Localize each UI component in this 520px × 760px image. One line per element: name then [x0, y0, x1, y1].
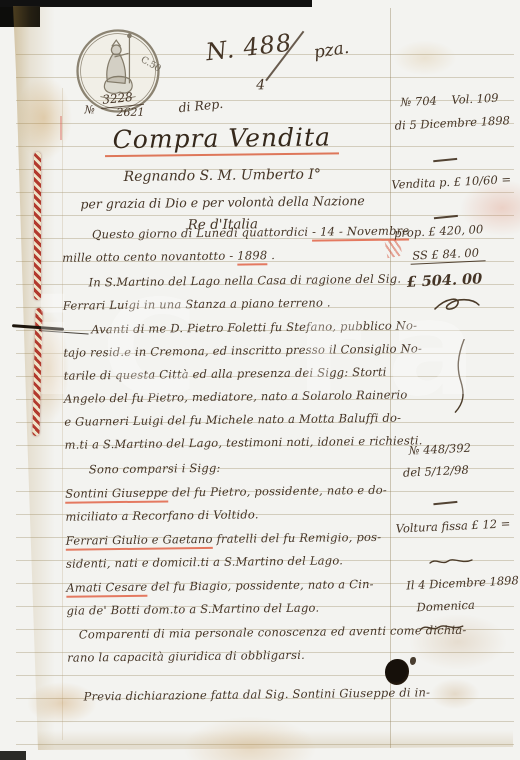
- manuscript-text: .: [267, 248, 275, 262]
- margin-note: № 704 Vol. 109: [400, 91, 499, 110]
- filza-suffix-paraph: pza.: [312, 38, 350, 63]
- margin-dash-mark: [433, 206, 458, 221]
- manuscript-text: fratelli del fu Remigio, pos-: [213, 530, 382, 546]
- manuscript-line: miciliato a Recorfano di Voltido.: [65, 507, 258, 523]
- manuscript-line: tarile di questa Città ed alla presenza …: [64, 365, 387, 383]
- margin-note: Il 4 Dicembre 1898: [406, 573, 519, 592]
- manuscript-line: rano la capacità giuridica di obbligarsi…: [67, 648, 305, 665]
- margin-note: prop. £ 420, 00: [394, 222, 484, 240]
- margin-note: £ 504. 00: [406, 270, 482, 291]
- manuscript-text: Questo giorno di Lunedì quattordici: [92, 225, 312, 242]
- margin-annotations: № 704 Vol. 109di 5 Dicembre 1898Vendita …: [0, 0, 515, 1]
- manuscript-line: Ferrari Giulio e Gaetano fratelli del fu…: [66, 530, 382, 548]
- margin-wavy-flourish: [428, 554, 475, 570]
- handwritten-text-layer: N. 488 4 pza. № 32282621 di Rep. Compra …: [0, 0, 520, 760]
- manuscript-line: e Guarneri Luigi del fu Michele nato a M…: [64, 411, 401, 429]
- manuscript-text: Ferrari Luigi in una Stanza a piano terr…: [63, 295, 331, 312]
- manuscript-text: tajo resid.e in Cremona, ed inscritto pr…: [63, 341, 422, 359]
- dash-stroke: [433, 158, 457, 162]
- manuscript-line: Sono comparsi i Sigg:: [65, 461, 221, 477]
- margin-note: SS £ 84. 00: [410, 245, 485, 265]
- manuscript-line: gia de' Botti dom.to a S.Martino del Lag…: [66, 601, 319, 618]
- margin-curve-flourish: [448, 337, 474, 417]
- filza-denominator: 4: [256, 77, 265, 93]
- manuscript-text: Avanti di me D. Pietro Foletti fu Stefan…: [91, 318, 417, 336]
- manuscript-line: Ferrari Luigi in una Stanza a piano terr…: [63, 295, 331, 312]
- manuscript-line: Angelo del fu Pietro, mediatore, nato a …: [64, 388, 408, 406]
- manuscript-text: sidenti, nati e domicil.ti a S.Martino d…: [66, 553, 343, 570]
- manuscript-line: mille otto cento novantotto - 1898 .: [62, 248, 275, 265]
- margin-note: di 5 Dicembre 1898: [394, 113, 510, 132]
- manuscript-line: Avanti di me D. Pietro Foletti fu Stefan…: [63, 318, 417, 336]
- repertorio-prefix: №: [84, 103, 95, 116]
- margin-dash-mark: [433, 492, 458, 507]
- margin-note: del 5/12/98: [403, 463, 469, 480]
- manuscript-text: Sono comparsi i Sigg:: [89, 461, 221, 477]
- margin-wavy-flourish: [419, 620, 466, 636]
- manuscript-line: Sontini Giuseppe del fu Pietro, possiden…: [65, 483, 387, 501]
- margin-swirl-flourish: [430, 294, 483, 319]
- manuscript-text: miciliato a Recorfano di Voltido.: [65, 507, 258, 523]
- manuscript-line: Previa dichiarazione fatta dal Sig. Sont…: [68, 685, 431, 703]
- margin-note: Vendita p. £ 10/60 =: [391, 172, 511, 192]
- red-underlined-text: Sontini Giuseppe: [65, 485, 168, 503]
- manuscript-line: m.ti a S.Martino del Lago, testimoni not…: [64, 433, 422, 451]
- manuscript-text: tarile di questa Città ed alla presenza …: [64, 365, 387, 383]
- manuscript-text: m.ti a S.Martino del Lago, testimoni not…: [64, 433, 422, 451]
- manuscript-text: del fu Pietro, possidente, nato e do-: [168, 483, 387, 500]
- margin-note: Domenica: [416, 598, 475, 615]
- manuscript-line: Amati Cesare del fu Biagio, possidente, …: [66, 577, 374, 595]
- margin-note: Voltura fissa £ 12 =: [395, 516, 510, 535]
- dash-stroke: [433, 501, 457, 505]
- manuscript-line: Questo giorno di Lunedì quattordici - 14…: [62, 223, 410, 241]
- manuscript-line: In S.Martino del Lago nella Casa di ragi…: [62, 272, 401, 290]
- manuscript-line: Comparenti di mia personale conoscenza e…: [67, 623, 467, 642]
- manuscript-line: tajo resid.e in Cremona, ed inscritto pr…: [63, 341, 422, 359]
- deed-title-text: Compra Vendita: [104, 122, 339, 157]
- margin-note: № 448/392: [408, 441, 471, 458]
- manuscript-text: Previa dichiarazione fatta dal Sig. Sont…: [84, 685, 431, 703]
- manuscript-text: mille otto cento novantotto -: [62, 249, 237, 265]
- repertorio-numbers: 32282621: [100, 91, 144, 120]
- manuscript-text: Comparenti di mia personale conoscenza e…: [79, 623, 467, 642]
- manuscript-text: gia de' Botti dom.to a S.Martino del Lag…: [66, 601, 319, 618]
- red-underlined-text: Amati Cesare: [66, 580, 147, 598]
- manuscript-text: e Guarneri Luigi del fu Michele nato a M…: [64, 411, 401, 429]
- grace-line: per grazia di Dio e per volontà della Na…: [48, 193, 398, 212]
- manuscript-text: del fu Biagio, possidente, nato a Cin-: [147, 577, 374, 594]
- margin-dash-mark: [433, 149, 458, 164]
- red-underlined-text: 1898: [237, 248, 267, 265]
- manuscript-text: Angelo del fu Pietro, mediatore, nato a …: [64, 388, 408, 406]
- deed-body-text: Questo giorno di Lunedì quattordici - 14…: [0, 0, 515, 1]
- reign-line: Regnando S. M. Umberto I°: [57, 166, 387, 186]
- scanned-notarial-deed-page: C.50 N. 488 4 pza. № 32282621 di Rep. Co…: [0, 0, 520, 760]
- deed-title: Compra Vendita: [57, 122, 387, 155]
- manuscript-text: rano la capacità giuridica di obbligarsi…: [67, 648, 305, 665]
- dash-stroke: [434, 215, 458, 219]
- manuscript-line: sidenti, nati e domicil.ti a S.Martino d…: [66, 553, 343, 570]
- manuscript-text: In S.Martino del Lago nella Casa di ragi…: [88, 272, 401, 290]
- repertorio-label: di Rep.: [178, 96, 224, 115]
- red-underlined-text: Ferrari Giulio e Gaetano: [66, 532, 213, 551]
